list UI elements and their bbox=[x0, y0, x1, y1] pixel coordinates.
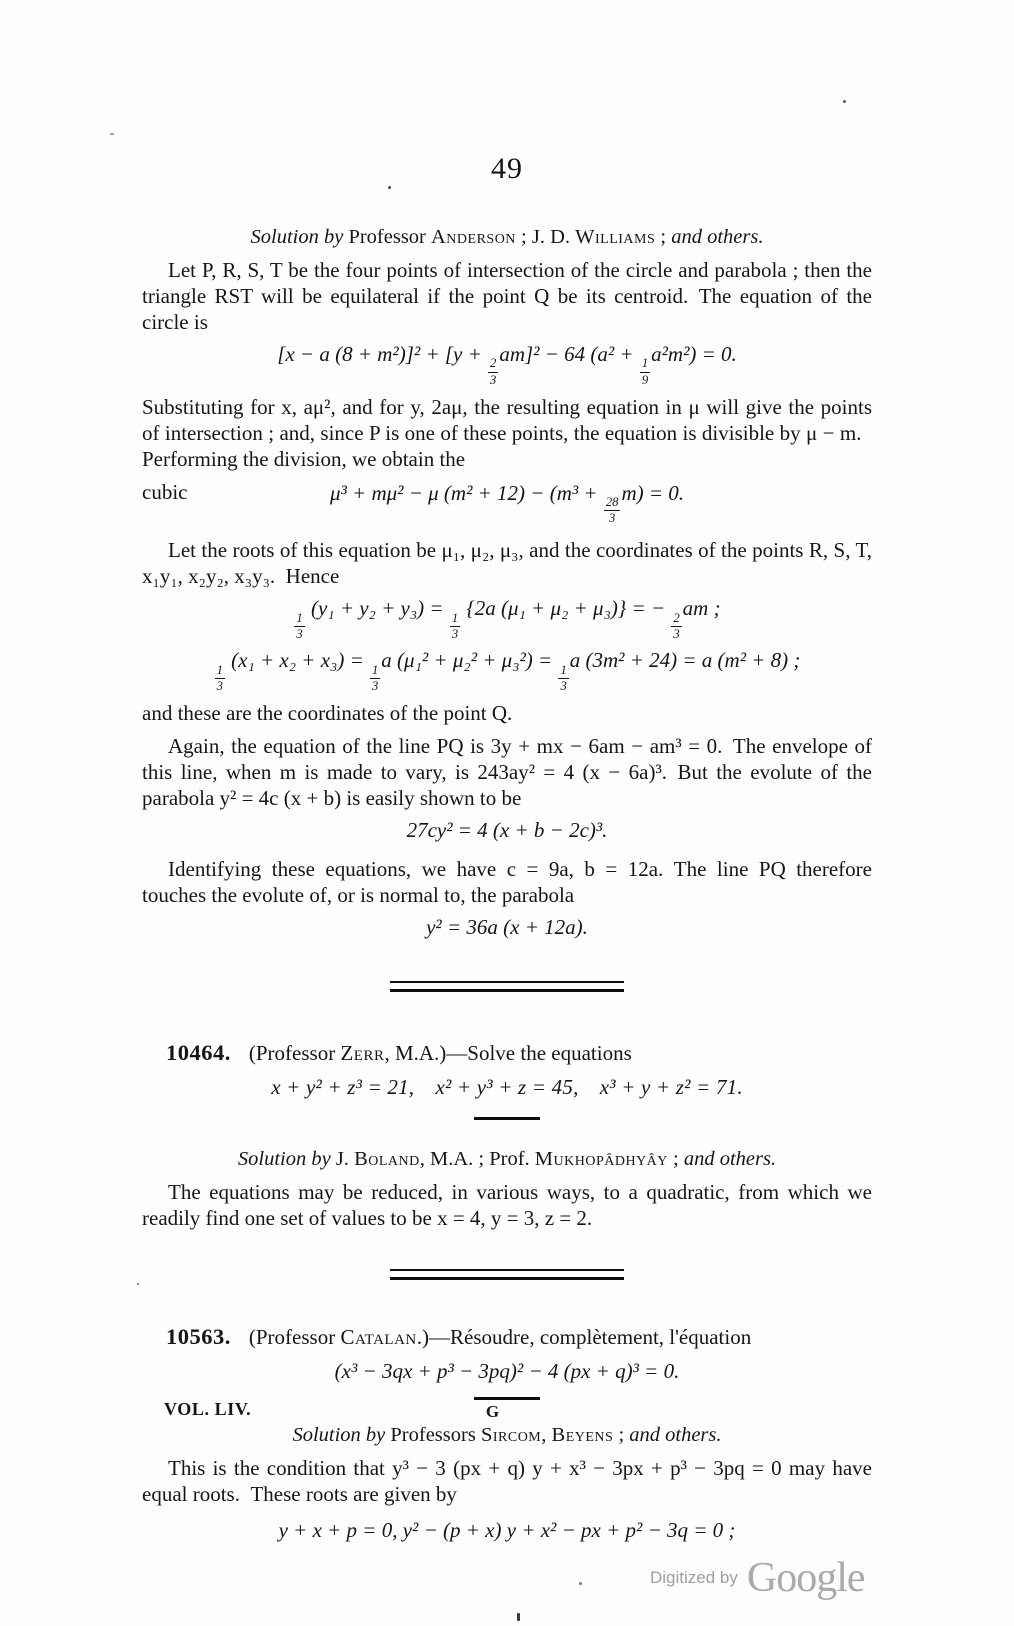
digitized-by-label: Digitized by bbox=[650, 1568, 738, 1588]
stacked-fraction: 13 bbox=[450, 612, 460, 641]
double-rule-divider bbox=[390, 1269, 624, 1280]
short-rule-divider bbox=[474, 1117, 540, 1120]
google-watermark: Digitized by Google bbox=[650, 1554, 865, 1602]
solution-paragraph: Let P, R, S, T be the four points of int… bbox=[142, 257, 872, 335]
stacked-fraction: 23 bbox=[488, 357, 498, 386]
author-name: Williams bbox=[575, 226, 655, 248]
page-footer: VOL. LIV. G bbox=[142, 1398, 872, 1420]
google-logo: Google bbox=[747, 1554, 865, 1602]
byline-lead: Solution by bbox=[251, 226, 349, 248]
stacked-fraction: 19 bbox=[640, 357, 650, 386]
problem-number: 10464. bbox=[166, 1040, 231, 1065]
display-equation-circle: [x − a (8 + m²)]² + [y + 23am]² − 64 (a²… bbox=[142, 340, 872, 387]
problem-text: (Professor bbox=[249, 1325, 341, 1349]
solution-paragraph: and these are the coordinates of the poi… bbox=[142, 700, 872, 726]
solution-boland-byline: Solution by J. Boland, M.A. ; Prof. Mukh… bbox=[142, 1146, 872, 1172]
scan-speck bbox=[137, 1283, 139, 1285]
solution-paragraph: Identifying these equations, we have c =… bbox=[142, 856, 872, 908]
byline-roman: J. bbox=[336, 1148, 354, 1170]
problem-text: , M.A.)—Solve the equations bbox=[384, 1041, 631, 1065]
stacked-fraction: 283 bbox=[604, 496, 621, 525]
scan-speck bbox=[843, 100, 846, 103]
solution-paragraph: Again, the equation of the line PQ is 3y… bbox=[142, 733, 872, 811]
byline-roman: Professors bbox=[390, 1424, 481, 1446]
double-rule-divider bbox=[390, 981, 624, 992]
stacked-fraction: 13 bbox=[370, 664, 380, 693]
author-name: Sircom bbox=[481, 1424, 541, 1446]
solution-sircom-byline: Solution by Professors Sircom, Beyens ; … bbox=[142, 1422, 872, 1448]
display-equation-sum-x: 13 (x₁ + x₂ + x₃) = 13a (μ₁² + μ₂² + μ₃²… bbox=[142, 646, 872, 693]
page-number: 49 bbox=[0, 0, 1014, 186]
byline-roman: ; J. D. bbox=[516, 226, 575, 248]
byline-lead: Solution by bbox=[238, 1148, 336, 1170]
problem-text: .)—Résoudre, complètement, l'équation bbox=[417, 1325, 751, 1349]
stacked-fraction: 13 bbox=[558, 664, 568, 693]
display-equation-roots: y + x + p = 0, y² − (p + x) y + x² − px … bbox=[142, 1516, 872, 1544]
byline-roman: ; bbox=[613, 1424, 629, 1446]
solution-anderson-byline: Solution by Professor Anderson ; J. D. W… bbox=[142, 224, 872, 250]
stacked-fraction: 13 bbox=[215, 664, 225, 693]
display-equation-sum-y: 13 (y₁ + y₂ + y₃) = 13 {2a (μ₁ + μ₂ + μ₃… bbox=[142, 594, 872, 641]
scan-speck bbox=[517, 1613, 520, 1621]
byline-tail: and others. bbox=[629, 1424, 721, 1446]
byline-roman: ; bbox=[668, 1148, 684, 1170]
author-name: Anderson bbox=[431, 226, 516, 248]
cubic-equation-row: cubic μ³ + mμ² − μ (m² + 12) − (m³ + 283… bbox=[142, 479, 872, 526]
scan-speck bbox=[110, 133, 114, 135]
display-equation-evolute: 27cy² = 4 (x + b − 2c)³. bbox=[142, 816, 872, 844]
problem-text: (Professor bbox=[249, 1041, 341, 1065]
author-name: Catalan bbox=[340, 1325, 416, 1349]
text-column: Solution by Professor Anderson ; J. D. W… bbox=[142, 224, 872, 1544]
problem-number: 10563. bbox=[166, 1324, 231, 1349]
byline-roman: Professor bbox=[348, 226, 431, 248]
display-equation-parabola: y² = 36a (x + 12a). bbox=[142, 913, 872, 941]
stacked-fraction: 13 bbox=[294, 612, 304, 641]
scanned-journal-page: 49 Solution by Professor Anderson ; J. D… bbox=[0, 0, 1014, 1626]
byline-roman: , bbox=[541, 1424, 551, 1446]
solution-paragraph: The equations may be reduced, in various… bbox=[142, 1179, 872, 1231]
display-equation-10563: (x³ − 3qx + p³ − 3pq)² − 4 (px + q)³ = 0… bbox=[142, 1357, 872, 1385]
author-name: Beyens bbox=[552, 1424, 614, 1446]
byline-roman: , M.A. ; Prof. bbox=[420, 1148, 535, 1170]
byline-tail: and others. bbox=[684, 1148, 776, 1170]
problem-10464-heading: 10464.(Professor Zerr, M.A.)—Solve the e… bbox=[142, 1038, 872, 1068]
cubic-label: cubic bbox=[142, 480, 187, 505]
byline-roman: ; bbox=[655, 226, 671, 248]
author-name: Mukhopâdhyây bbox=[535, 1148, 668, 1170]
solution-paragraph: This is the condition that y³ − 3 (px + … bbox=[142, 1455, 872, 1507]
display-equation-10464: x + y² + z³ = 21, x² + y³ + z = 45, x³ +… bbox=[142, 1073, 872, 1101]
signature-mark: G bbox=[142, 1401, 872, 1423]
byline-tail: and others. bbox=[671, 226, 763, 248]
author-name: Boland bbox=[354, 1148, 420, 1170]
scan-speck bbox=[388, 186, 391, 189]
problem-10563-heading: 10563.(Professor Catalan.)—Résoudre, com… bbox=[142, 1322, 872, 1352]
byline-lead: Solution by bbox=[292, 1424, 390, 1446]
solution-paragraph: Substituting for x, aμ², and for y, 2aμ,… bbox=[142, 394, 872, 472]
scan-speck bbox=[579, 1582, 582, 1585]
author-name: Zerr bbox=[340, 1041, 384, 1065]
display-equation-cubic: μ³ + mμ² − μ (m² + 12) − (m³ + 283m) = 0… bbox=[142, 479, 872, 526]
stacked-fraction: 23 bbox=[671, 612, 681, 641]
solution-paragraph: Let the roots of this equation be μ₁, μ₂… bbox=[142, 537, 872, 589]
